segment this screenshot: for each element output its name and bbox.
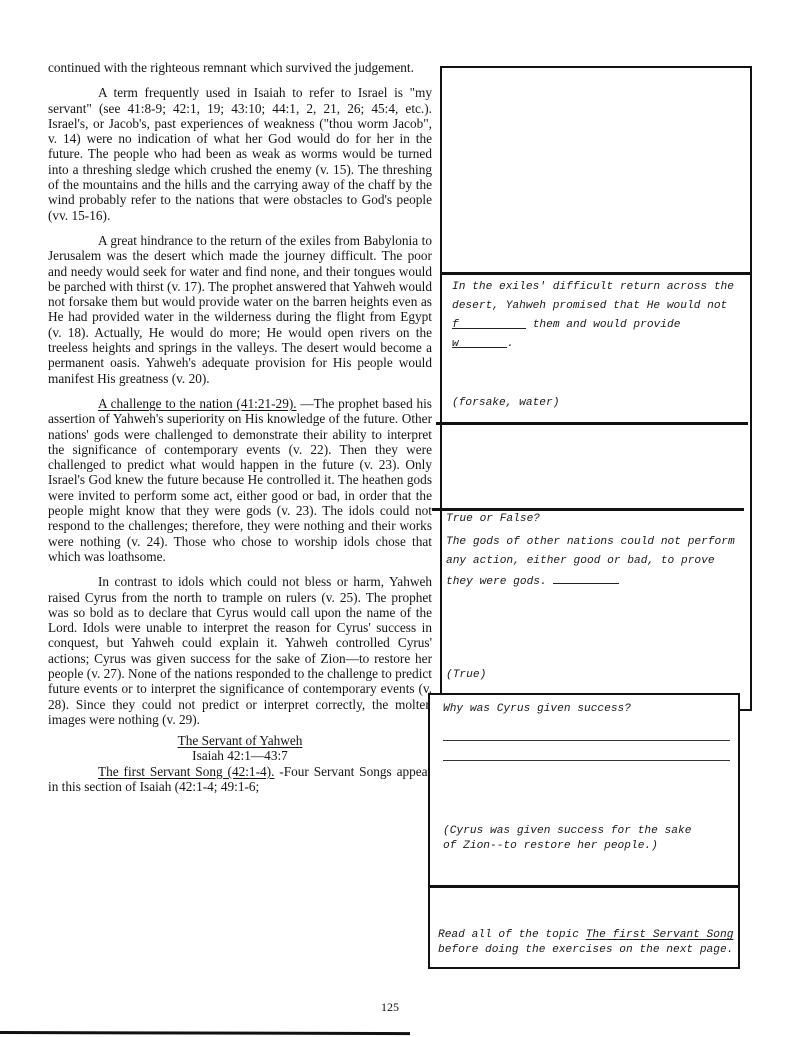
exercise-true-false: True or False? The gods of other nations… — [446, 510, 736, 690]
textbook-page: continued with the righteous remnant whi… — [0, 0, 799, 1037]
answer-line[interactable] — [443, 740, 730, 741]
body-text-column: continued with the righteous remnant whi… — [48, 60, 432, 794]
question-prompt: Why was Cyrus given success? — [443, 700, 733, 719]
answer-blank-true-false[interactable] — [553, 571, 619, 584]
page-bottom-rule — [0, 1031, 410, 1035]
section-title: The Servant of Yahweh — [48, 733, 432, 748]
answer-key: (forsake, water) — [452, 394, 559, 413]
answer-line[interactable] — [443, 760, 730, 761]
paragraph-desert-hindrance: A great hindrance to the return of the e… — [48, 233, 432, 386]
paragraph-cyrus: In contrast to idols which could not ble… — [48, 574, 432, 727]
topic-reference: The first Servant Song — [586, 929, 734, 941]
exercise-fill-in-blank: In the exiles' difficult return across t… — [452, 278, 742, 418]
topic-heading-challenge: A challenge to the nation (41:21-29). — [98, 396, 297, 411]
paragraph-challenge-body: —The prophet based his assertion of Yahw… — [48, 396, 432, 564]
paragraph-my-servant: A term frequently used in Isaiah to refe… — [48, 85, 432, 223]
answer-blank-water[interactable]: w — [452, 335, 507, 348]
question-text: In the exiles' difficult return across t… — [452, 281, 734, 312]
divider — [436, 422, 748, 425]
question-prompt: True or False? — [446, 510, 736, 529]
topic-heading-first-servant-song: The first Servant Song (42:1-4). — [98, 764, 274, 779]
paragraph-challenge-to-nation: A challenge to the nation (41:21-29). —T… — [48, 396, 432, 564]
paragraph-first-servant-song: The first Servant Song (42:1-4). -Four S… — [48, 764, 432, 795]
divider — [428, 885, 740, 888]
answer-key: (True) — [446, 666, 486, 685]
divider — [440, 272, 752, 275]
paragraph-remnant: continued with the righteous remnant whi… — [48, 60, 432, 75]
reading-instruction-note: Read all of the topic The first Servant … — [438, 928, 738, 958]
section-reference: Isaiah 42:1—43:7 — [48, 748, 432, 763]
page-number: 125 — [370, 1000, 410, 1015]
answer-blank-forsake[interactable]: f — [452, 316, 526, 329]
exercise-short-answer: Why was Cyrus given success? (Cyrus was … — [443, 700, 733, 880]
answer-key: (Cyrus was given success for the sake of… — [443, 824, 703, 854]
